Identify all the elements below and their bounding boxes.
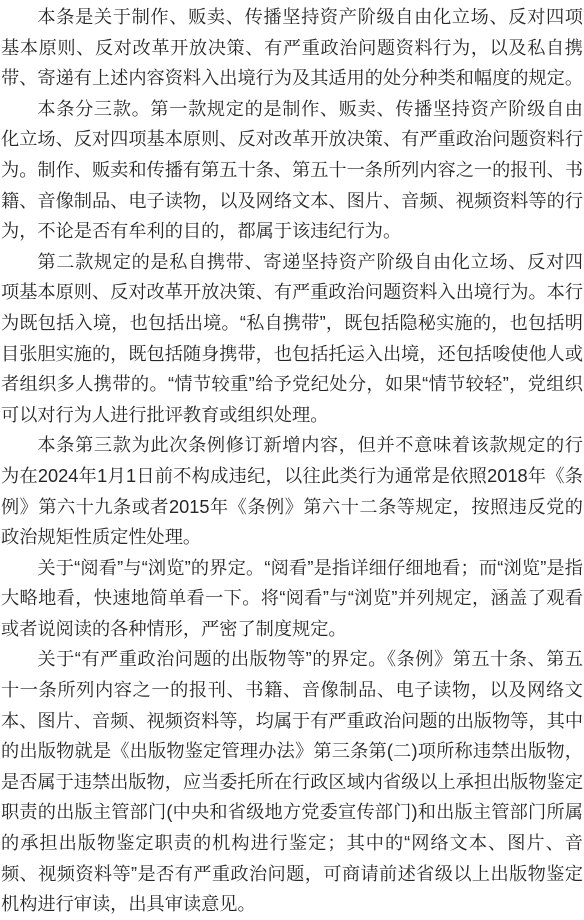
document-page: 本条是关于制作、贩卖、传播坚持资产阶级自由化立场、反对四项基本原则、反对改革开放… [0, 0, 584, 920]
paragraph-clause-one: 本条分三款。第一款规定的是制作、贩卖、传播坚持资产阶级自由化立场、反对四项基本原… [1, 94, 583, 247]
paragraph-scope: 本条是关于制作、贩卖、传播坚持资产阶级自由化立场、反对四项基本原则、反对改革开放… [1, 2, 583, 94]
paragraph-clause-two: 第二款规定的是私自携带、寄递坚持资产阶级自由化立场、反对四项基本原则、反对改革开… [1, 247, 583, 431]
paragraph-definition-publications: 关于“有严重政治问题的出版物等”的界定。《条例》第五十条、第五十一条所列内容之一… [1, 644, 583, 919]
paragraph-clause-three: 本条第三款为此次条例修订新增内容，但并不意味着该款规定的行为在2024年1月1日… [1, 430, 583, 552]
paragraph-definition-reading: 关于“阅看”与“浏览”的界定。“阅看”是指详细仔细地看；而“浏览”是指大略地看，… [1, 553, 583, 645]
